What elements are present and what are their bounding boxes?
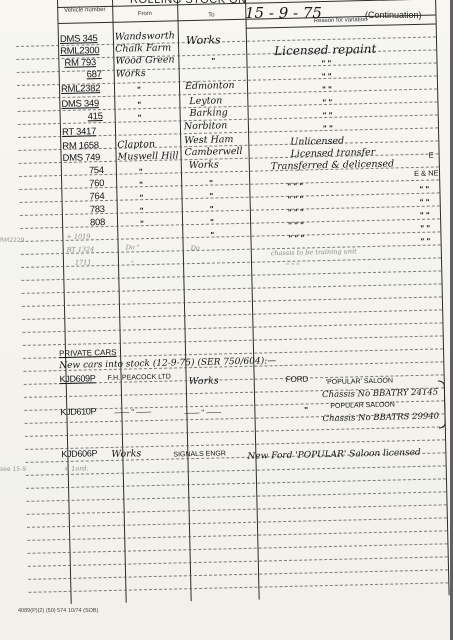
- to-depot: Works: [189, 159, 219, 171]
- vehicle-number: 415: [88, 111, 103, 122]
- area-note: " ": [419, 185, 429, 194]
- vehicle-number: 687: [87, 69, 102, 80]
- reason: " ": [323, 124, 333, 133]
- chassis-number: Chassis No BBATRS 29940: [322, 411, 439, 424]
- reason: " " ": [288, 221, 304, 230]
- ruled-line: [27, 530, 447, 541]
- ruled-line: [28, 543, 448, 554]
- from-depot: ": [139, 193, 143, 202]
- from-depot: ": [138, 113, 142, 122]
- from-depot: Wandsworth: [115, 30, 175, 42]
- vehicle-number: RM 793: [64, 57, 96, 69]
- column-header-from: From: [112, 10, 177, 18]
- from-depot: Works: [111, 448, 141, 460]
- from-depot: Do ": [126, 243, 140, 251]
- form-code: 4089(P)(2) (50) 574 10/74 (SOB): [18, 608, 98, 614]
- ruled-line: [28, 582, 448, 593]
- vehicle-number: RML2382: [61, 83, 100, 95]
- vehicle-number: RM 1658: [62, 140, 99, 152]
- to-depot: SIGNALS ENGR: [173, 450, 226, 458]
- ruled-line: [20, 218, 440, 229]
- ruled-line: [23, 322, 443, 333]
- ruled-line: [28, 556, 448, 567]
- private-cars-intro: New cars into stock (12-9-75) (SER 750/6…: [59, 356, 276, 371]
- vehicle-number: 764: [89, 191, 104, 202]
- to-depot: —— " ——: [184, 407, 221, 417]
- from-depot: Works: [116, 68, 146, 80]
- reason: " ": [323, 111, 333, 120]
- ditto-mark: ": [304, 405, 308, 414]
- reason: " " ": [286, 262, 299, 270]
- ruled-line: [23, 335, 443, 346]
- from-depot: Muswell Hill: [117, 150, 178, 162]
- ruled-line: [20, 192, 440, 203]
- reason: " " ": [287, 182, 303, 191]
- document-page: ROLLING STOCK ON 15 - 9 - 75 (Continuati…: [0, 0, 453, 640]
- to-depot: ": [209, 192, 213, 201]
- reason: " ": [322, 72, 332, 81]
- to-depot: ": [210, 218, 214, 227]
- to-depot: Works: [189, 375, 219, 387]
- ruled-line: [26, 465, 446, 476]
- vehicle-number: DMS 749: [62, 152, 100, 164]
- vehicle-number: 808: [90, 217, 105, 228]
- from-depot: ": [140, 219, 144, 228]
- ruled-line: [27, 504, 447, 515]
- reason: Unlicensed: [290, 136, 344, 148]
- ruled-line: [26, 478, 446, 489]
- vehicle-number: DMS 349: [61, 98, 99, 110]
- to-depot: ": [201, 261, 204, 269]
- vehicle-number: 783: [90, 204, 105, 215]
- area-note: E & NE: [414, 168, 439, 178]
- vehicle-number: KJD610P: [60, 406, 96, 417]
- margin-annotation: see 15-9: [0, 466, 26, 473]
- from-depot: ": [139, 167, 143, 176]
- reason: " ": [321, 59, 331, 68]
- ruled-line: [28, 569, 448, 580]
- from-depot: ": [139, 180, 143, 189]
- to-depot: West Ham: [184, 134, 234, 146]
- reason: Licensed repaint: [274, 42, 376, 58]
- ruled-line: [25, 426, 445, 437]
- reason: " " ": [287, 195, 303, 204]
- reason: " ": [322, 98, 332, 107]
- reason: " " ": [288, 233, 304, 242]
- reason: " " ": [288, 208, 304, 217]
- reason: Licensed transfer: [290, 147, 375, 160]
- from-depot: —— " ——: [114, 407, 151, 417]
- area-note: " ": [420, 237, 430, 246]
- from-depot: Wood Green: [115, 54, 174, 66]
- to-depot: Do: [191, 244, 200, 252]
- area-note: E: [429, 151, 434, 160]
- from-depot: Clapton: [117, 139, 155, 151]
- reason: chassis to be training unit: [271, 247, 357, 257]
- from-depot: ": [137, 100, 141, 109]
- vehicle-number: + 1019: [66, 232, 90, 241]
- to-depot: Camberwell: [184, 146, 242, 158]
- vehicle-number: RT 1324: [67, 245, 95, 254]
- vehicle-model: 'POPULAR' SALOON: [326, 378, 393, 387]
- from-depot: ": [131, 259, 134, 267]
- bracket: [438, 380, 446, 428]
- ruled-line: [22, 283, 442, 294]
- register-table: Vehicle number From To Reason for variat…: [15, 0, 449, 605]
- from-depot: ": [140, 206, 144, 215]
- ruled-line: [26, 491, 446, 502]
- area-note: " ": [420, 198, 430, 207]
- area-note: " ": [420, 211, 430, 220]
- to-depot: Works: [186, 33, 221, 47]
- vehicle-number: DMS 345: [60, 33, 98, 45]
- ruled-line: [27, 517, 447, 528]
- reason: New Ford 'POPULAR' Saloon licensed: [247, 448, 421, 462]
- margin-annotation: + 1ord.: [64, 464, 89, 473]
- chassis-number: Chassis No BBATRY 24145: [322, 388, 438, 401]
- reason: Transferred & delicensed: [271, 158, 395, 172]
- section-heading-private-cars: PRIVATE CARS: [59, 348, 117, 358]
- vehicle-number: RML2300: [60, 45, 99, 57]
- from-depot: ": [137, 85, 141, 94]
- ruled-line: [19, 179, 439, 190]
- ruled-line: [21, 270, 441, 281]
- from-depot: Chalk Farm: [115, 42, 171, 54]
- reason: " ": [322, 85, 332, 94]
- vehicle-number: RT 3417: [62, 126, 96, 138]
- margin-annotation: RM2229: [0, 237, 25, 244]
- vehicle-number: KJD606P: [61, 448, 97, 459]
- from-depot: F.H. PEACOCK LTD: [108, 374, 171, 382]
- to-depot: ": [211, 56, 215, 65]
- to-depot: Edmonton: [185, 80, 235, 92]
- to-depot: Leyton: [189, 95, 222, 107]
- to-depot: ": [209, 179, 213, 188]
- to-depot: ": [210, 205, 214, 214]
- area-note: " ": [420, 224, 430, 233]
- vehicle-number: KJD609P: [59, 373, 95, 384]
- to-depot: ": [210, 231, 214, 240]
- vehicle-number: 760: [89, 178, 104, 189]
- column-header-vehicle: Vehicle number: [57, 7, 112, 15]
- header-rule: [57, 0, 453, 8]
- ruled-line: [20, 205, 440, 216]
- to-depot: Norbiton: [184, 120, 228, 132]
- vehicle-make: FORD: [286, 374, 309, 384]
- to-depot: Barking: [189, 107, 227, 119]
- vehicle-number: 754: [89, 165, 104, 176]
- vehicle-model: POPULAR SALOON: [330, 401, 395, 409]
- vehicle-number: 1711: [75, 258, 92, 266]
- ruled-line: [22, 309, 442, 320]
- ruled-line: [22, 296, 442, 307]
